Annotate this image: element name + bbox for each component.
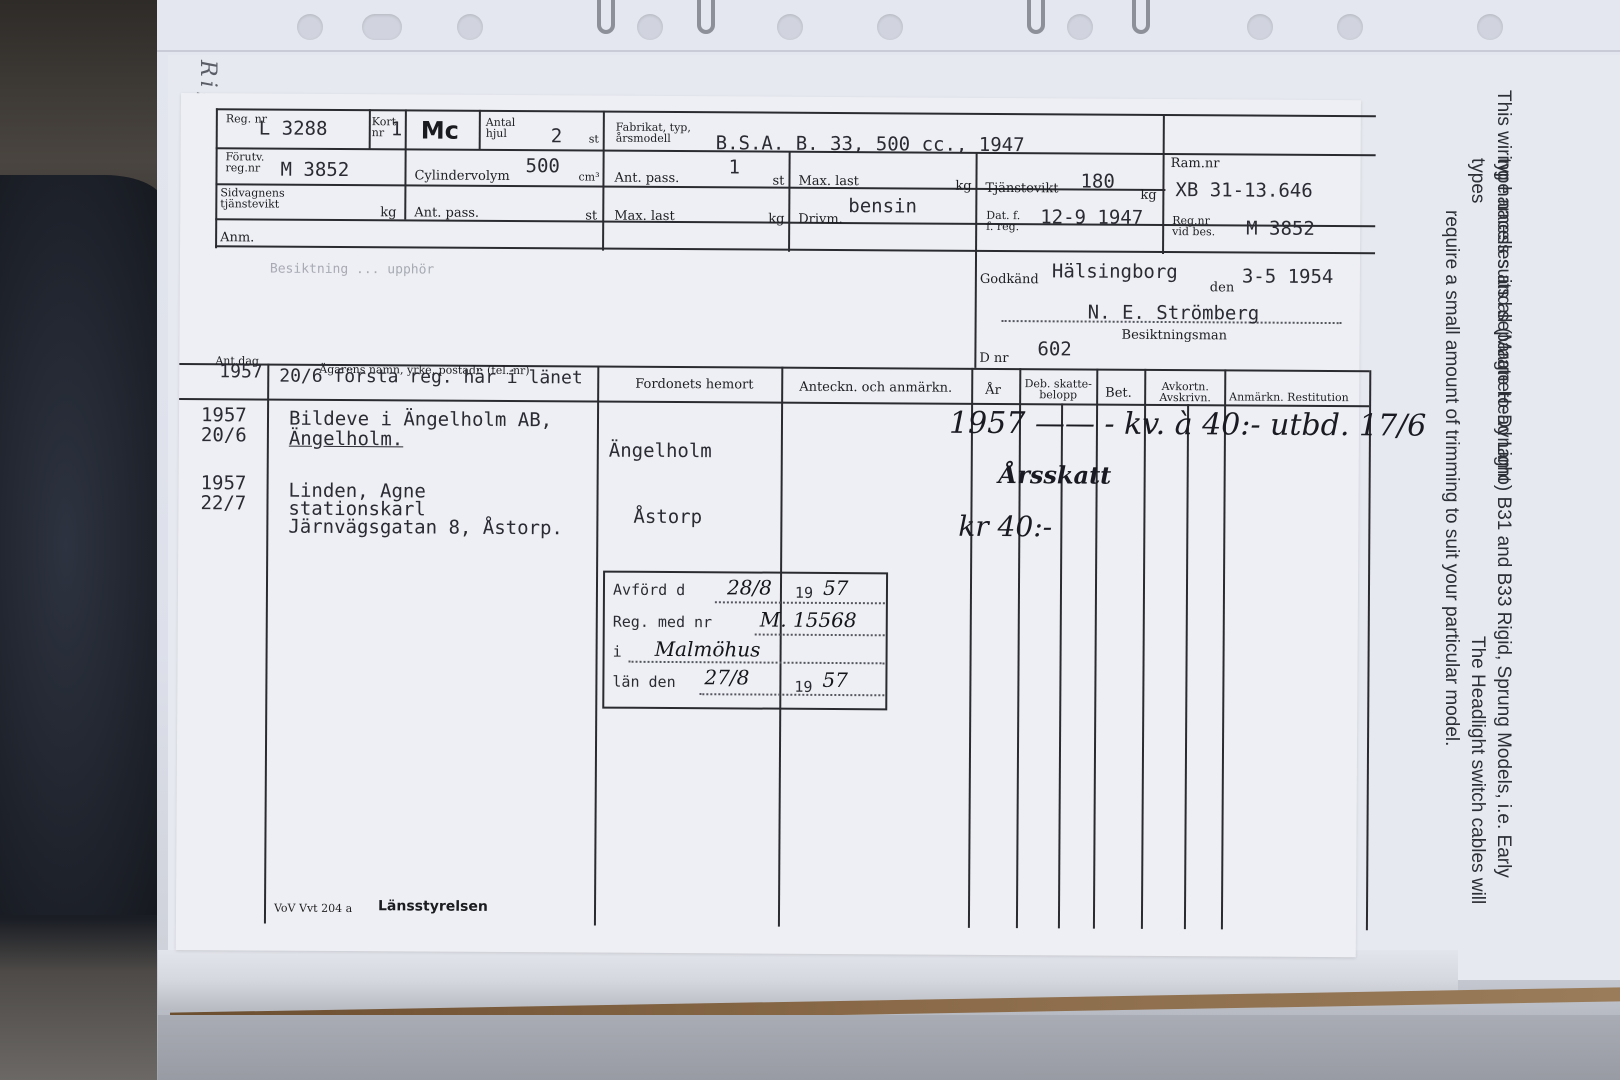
- row2-hemort: Åstorp: [633, 506, 702, 528]
- stamp-row4-year: 57: [822, 668, 848, 692]
- ant-pass-2-unit: st: [585, 209, 597, 222]
- row2-owner-line3: Järnvägsgatan 8, Åstorp.: [288, 516, 563, 540]
- max-last-1-label: Max. last: [798, 175, 859, 188]
- divider: [1141, 369, 1146, 929]
- leather-surface: [0, 175, 165, 915]
- d-nr-value: 602: [1037, 338, 1071, 360]
- ant-pass-1-unit: st: [772, 175, 784, 188]
- sidvagnens-unit: kg: [380, 206, 396, 219]
- punch-hole: [297, 14, 323, 40]
- divider: [968, 368, 973, 928]
- divider: [369, 109, 371, 149]
- punch-hole: [1337, 14, 1363, 40]
- godkand-label: Godkänd: [980, 273, 1039, 286]
- dat-f-reg-value: 12-9 1947: [1040, 206, 1143, 229]
- stamp-row1-label: Avförd d: [613, 581, 685, 599]
- binder-ring: [597, 0, 615, 34]
- drivm-label: Drivm.: [798, 213, 843, 226]
- binder-ring: [1132, 0, 1150, 34]
- punch-hole: [1477, 14, 1503, 40]
- punch-hole: [362, 14, 402, 40]
- godkand-date: 3-5 1954: [1242, 265, 1334, 288]
- vehicle-type: Mc: [421, 116, 459, 144]
- divider: [1221, 369, 1226, 929]
- dat-f-reg-label: Dat. f. f. reg.: [986, 210, 1026, 232]
- stamp-dotted-line: [755, 634, 885, 637]
- ram-nr-value: XB 31-13.646: [1175, 179, 1312, 202]
- tax-handwriting-line2: Årsskatt: [999, 460, 1112, 490]
- max-last-2-label: Max. last: [614, 210, 675, 223]
- issuing-authority: Länsstyrelsen: [378, 898, 488, 915]
- header-anmarkn: Anmärkn. Restitution: [1229, 391, 1349, 403]
- cylindervolym-label: Cylindervolym: [414, 169, 509, 183]
- stamp-dotted-line: [629, 661, 885, 665]
- row1-year: 1957: [201, 405, 247, 425]
- wiring-note-line2: type nacelles and separate Head Light ty…: [1464, 158, 1516, 488]
- punch-hole: [1067, 14, 1093, 40]
- stamp-row4-label: län den: [612, 673, 675, 691]
- antal-hjul-unit: st: [589, 133, 599, 144]
- stamp-row1-year-prefix: 19: [795, 584, 813, 602]
- fabrikat-value: B.S.A. B. 33, 500 cc., 1947: [716, 132, 1025, 156]
- stamp-dotted-line: [699, 693, 884, 696]
- row1-date: 20/6: [201, 425, 247, 445]
- reg-nr-vid-bes-label: Reg.nr vid bes.: [1172, 215, 1222, 237]
- ram-nr-label: Ram.nr: [1171, 157, 1220, 170]
- divider: [479, 110, 481, 150]
- tjanstevikt-label: Tjänstevikt: [985, 182, 1058, 195]
- stamp-row3-label: i: [613, 643, 622, 661]
- sidvagnens-tjanstevikt-label: Sidvagnens tjänstevikt: [220, 187, 320, 210]
- divider: [974, 153, 977, 368]
- stamp-row2-label: Reg. med nr: [613, 613, 712, 632]
- stamp-row2-value: M. 15568: [760, 608, 857, 633]
- divider: [404, 109, 407, 219]
- binder-ring: [1027, 0, 1045, 34]
- punch-hole: [457, 14, 483, 40]
- wiring-note-line3: require a small amount of trimming to su…: [1438, 210, 1464, 1040]
- header-avkortn: Avkortn. Avskrivn.: [1147, 381, 1223, 403]
- kort-nr-value: 1: [391, 118, 403, 140]
- tjanstevikt-unit: kg: [1140, 189, 1156, 202]
- punch-hole: [1247, 14, 1273, 40]
- ant-pass-2-label: Ant. pass.: [414, 206, 479, 219]
- drivm-value: bensin: [848, 195, 917, 217]
- punch-hole: [777, 14, 803, 40]
- overtyped-year: 1957: [219, 361, 262, 382]
- stamp-row4-date: 27/8: [704, 665, 749, 689]
- godkand-place: Hälsingborg: [1052, 260, 1178, 283]
- row1-hemort: Ängelholm: [609, 440, 712, 463]
- transfer-stamp: Avförd d 28/8 19 57 Reg. med nr M. 15568…: [602, 571, 888, 711]
- reg-nr-value: L 3288: [259, 117, 328, 139]
- divider: [602, 111, 605, 251]
- header-anteckn: Anteckn. och anmärkn.: [799, 381, 952, 395]
- antal-hjul-label: Antal hjul: [486, 117, 526, 139]
- header-bet: Bet.: [1105, 387, 1132, 400]
- inspector-name: N. E. Strömberg: [1088, 302, 1260, 325]
- binder-ring: [697, 0, 715, 34]
- stamp-row1-year: 57: [823, 576, 849, 600]
- divider: [1093, 369, 1098, 929]
- divider: [1184, 404, 1189, 929]
- divider: [215, 245, 1375, 254]
- ant-pass-1-label: Ant. pass.: [614, 172, 679, 185]
- divider: [215, 108, 218, 248]
- anm-label: Anm.: [220, 231, 254, 244]
- row2-date: 22/7: [200, 493, 246, 513]
- cylindervolym-value: 500: [525, 155, 559, 177]
- antal-hjul-value: 2: [551, 125, 563, 147]
- divider: [1162, 114, 1165, 254]
- header-hemort: Fordonets hemort: [635, 378, 753, 392]
- stamp-row3-value: Malmöhus: [655, 637, 761, 662]
- godkand-den-label: den: [1210, 281, 1234, 294]
- reg-nr-vid-bes-value: M 3852: [1246, 218, 1315, 240]
- row1-owner-line2: Ängelholm.: [289, 428, 404, 451]
- divider: [1016, 368, 1021, 928]
- inspector-title: Besiktningsman: [1121, 329, 1227, 343]
- overtyped-note: 20/6 första reg. här i länet: [279, 366, 583, 389]
- header-deb: Deb. skatte- belopp: [1021, 378, 1095, 400]
- tax-handwriting-line1: 1957 —— - kv. à 40:- utbd. 17/6: [949, 406, 1427, 444]
- punch-hole: [877, 14, 903, 40]
- tjanstevikt-value: 180: [1080, 170, 1114, 192]
- divider: [264, 364, 269, 924]
- divider: [788, 152, 791, 252]
- fabrikat-label: Fabrikat, typ, årsmodell: [616, 122, 716, 145]
- stamp-dotted-line: [715, 601, 885, 604]
- cylindervolym-unit: cm³: [578, 171, 599, 182]
- registration-card: Reg. nr L 3288 Kort nr 1 Mc Antal hjul 2…: [176, 93, 1361, 957]
- stamp-row1-date: 28/8: [727, 575, 772, 599]
- forutv-reg-nr-value: M 3852: [280, 159, 349, 181]
- floor-surface: [158, 1015, 1620, 1080]
- divider: [594, 366, 599, 926]
- d-nr-label: D nr: [979, 352, 1008, 365]
- max-last-1-unit: kg: [955, 180, 971, 193]
- faded-stamp: Besiktning ... upphör: [270, 262, 434, 278]
- row2-year: 1957: [201, 473, 247, 493]
- wiring-note-line2b: The Headlight switch cables will: [1464, 636, 1490, 936]
- punch-hole: [637, 14, 663, 40]
- form-code: VoV Vvt 204 a: [274, 902, 352, 915]
- tax-handwriting-line3: kr 40:-: [958, 510, 1052, 544]
- max-last-2-unit: kg: [768, 213, 784, 226]
- ant-pass-1-value: 1: [728, 156, 740, 178]
- forutv-reg-nr-label: Förutv. reg.nr: [226, 151, 286, 173]
- header-ar: År: [985, 384, 1001, 397]
- binder-sleeve-top: [157, 0, 1620, 52]
